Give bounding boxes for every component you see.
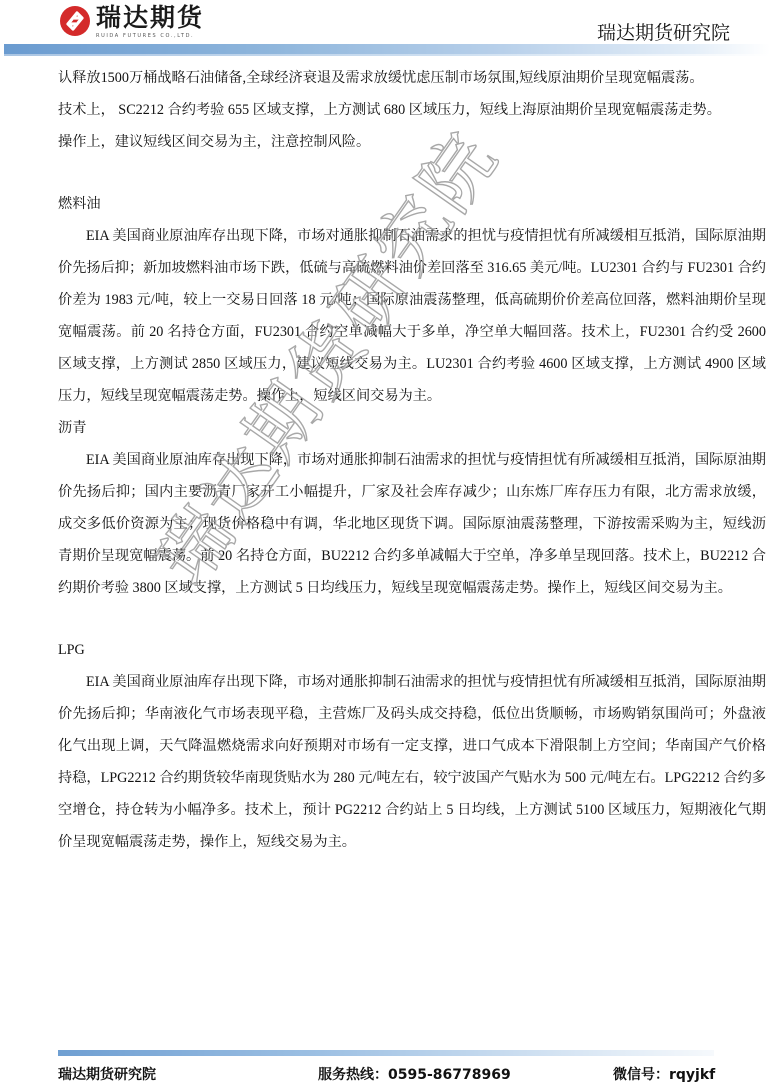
logo-english-name: RUIDA FUTURES CO.,LTD. — [96, 33, 204, 39]
page-header: 瑞达期货 RUIDA FUTURES CO.,LTD. 瑞达期货研究院 — [0, 0, 770, 60]
crude-oil-tail-line-3: 操作上，建议短线区间交易为主，注意控制风险。 — [58, 126, 766, 158]
crude-oil-tail-line-1: 认释放1500万桶战略石油储备,全球经济衰退及需求放缓忧虑压制市场氛围,短线原油… — [58, 62, 766, 94]
footer-org-name: 瑞达期货研究院 — [58, 1064, 156, 1084]
footer-wechat: 微信号：rqyjkf — [613, 1064, 715, 1084]
section-body-fuel-oil: EIA 美国商业原油库存出现下降，市场对通胀抑制石油需求的担忧与疫情担忧有所减缓… — [58, 220, 766, 412]
section-title-asphalt: 沥青 — [58, 412, 766, 444]
logo-chinese-name: 瑞达期货 — [96, 4, 204, 32]
footer-gradient-bar — [58, 1050, 714, 1056]
header-institute-title: 瑞达期货研究院 — [597, 18, 730, 45]
ruida-logo-icon — [58, 4, 92, 38]
header-divider — [4, 54, 770, 56]
section-body-asphalt: EIA 美国商业原油库存出现下降，市场对通胀抑制石油需求的担忧与疫情担忧有所减缓… — [58, 444, 766, 604]
footer-hotline: 服务热线：0595-86778969 — [318, 1064, 511, 1084]
section-title-fuel-oil: 燃料油 — [58, 188, 766, 220]
company-logo: 瑞达期货 RUIDA FUTURES CO.,LTD. — [58, 4, 204, 39]
header-gradient-bar — [4, 44, 770, 54]
spacer — [58, 158, 766, 188]
report-body: 认释放1500万桶战略石油储备,全球经济衰退及需求放缓忧虑压制市场氛围,短线原油… — [58, 62, 766, 858]
section-title-lpg: LPG — [58, 634, 766, 666]
crude-oil-tail-line-2: 技术上， SC2212 合约考验 655 区域支撑，上方测试 680 区域压力，… — [58, 94, 766, 126]
page-footer: 瑞达期货研究院 服务热线：0595-86778969 微信号：rqyjkf — [58, 1064, 718, 1084]
spacer — [58, 604, 766, 634]
section-body-lpg: EIA 美国商业原油库存出现下降，市场对通胀抑制石油需求的担忧与疫情担忧有所减缓… — [58, 666, 766, 858]
